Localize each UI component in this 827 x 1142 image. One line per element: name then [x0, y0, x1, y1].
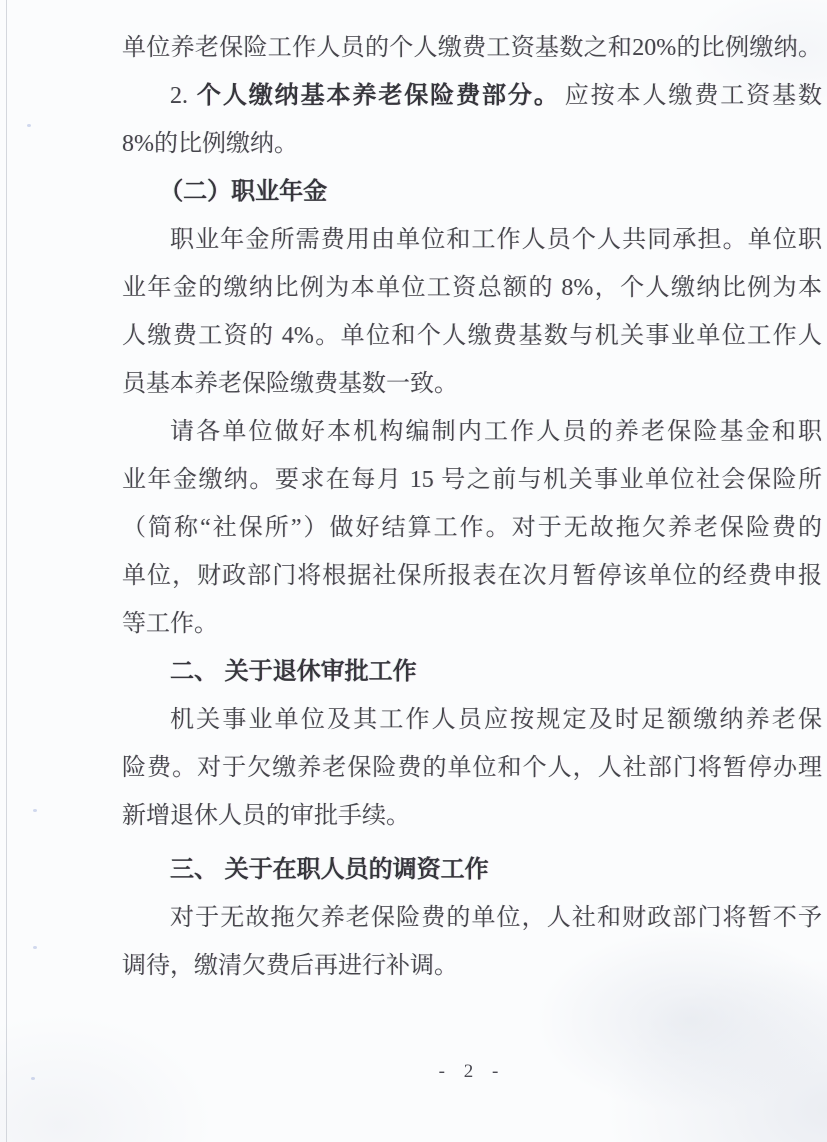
text-line: 单位，财政部门将根据社保所报表在次月暂停该单位的经费申报: [122, 552, 822, 600]
document-body: 单位养老保险工作人员的个人缴费工资基数之和20%的比例缴纳。 2.个人缴纳基本养…: [122, 24, 822, 990]
text-line: 等工作。: [122, 600, 822, 648]
text-line: 员基本养老保险缴费基数一致。: [122, 360, 822, 408]
scanned-document-page: { "colors": { "paper": "#fbfcfd", "ink":…: [0, 0, 827, 1142]
scan-speck: [27, 124, 31, 127]
section-heading-2: 二、 关于退休审批工作: [122, 648, 822, 696]
text-line: 业年金的缴纳比例为本单位工资总额的 8%，个人缴纳比例为本: [122, 264, 822, 312]
text-line: 机关事业单位及其工作人员应按规定及时足额缴纳养老保: [122, 696, 822, 744]
text-line: 请各单位做好本机构编制内工作人员的养老保险基金和职: [122, 408, 822, 456]
text-run: 应按本人缴费工资基数: [565, 83, 822, 109]
scan-edge-line: [6, 0, 7, 1142]
text-line: 险费。对于欠缴养老保险费的单位和个人，人社部门将暂停办理: [122, 744, 822, 792]
text-line: （简称“社保所”）做好结算工作。对于无故拖欠养老保险费的: [122, 504, 822, 552]
list-number: 2.: [170, 83, 188, 109]
text-line: 业年金缴纳。要求在每月 15 号之前与机关事业单位社会保险所: [122, 456, 822, 504]
scan-speck: [33, 946, 37, 949]
text-line: 对于无故拖欠养老保险费的单位，人社和财政部门将暂不予: [122, 894, 822, 942]
text-line: 职业年金所需费用由单位和工作人员个人共同承担。单位职: [122, 216, 822, 264]
text-line: 人缴费工资的 4%。单位和个人缴费基数与机关事业单位工作人: [122, 312, 822, 360]
page-number: - 2 -: [122, 1056, 822, 1088]
text-line: 单位养老保险工作人员的个人缴费工资基数之和20%的比例缴纳。: [122, 24, 822, 72]
text-line: 调待，缴清欠费后再进行补调。: [122, 942, 822, 990]
text-line: 2.个人缴纳基本养老保险费部分。应按本人缴费工资基数: [122, 72, 822, 120]
bold-run: 个人缴纳基本养老保险费部分。: [195, 82, 560, 109]
scan-speck: [31, 1077, 35, 1080]
scan-speck: [33, 809, 37, 812]
section-heading-3: 三、 关于在职人员的调资工作: [122, 846, 822, 894]
text-line: 新增退休人员的审批手续。: [122, 792, 822, 840]
text-line: 8%的比例缴纳。: [122, 120, 822, 168]
section-heading-sub: （二）职业年金: [122, 168, 822, 216]
